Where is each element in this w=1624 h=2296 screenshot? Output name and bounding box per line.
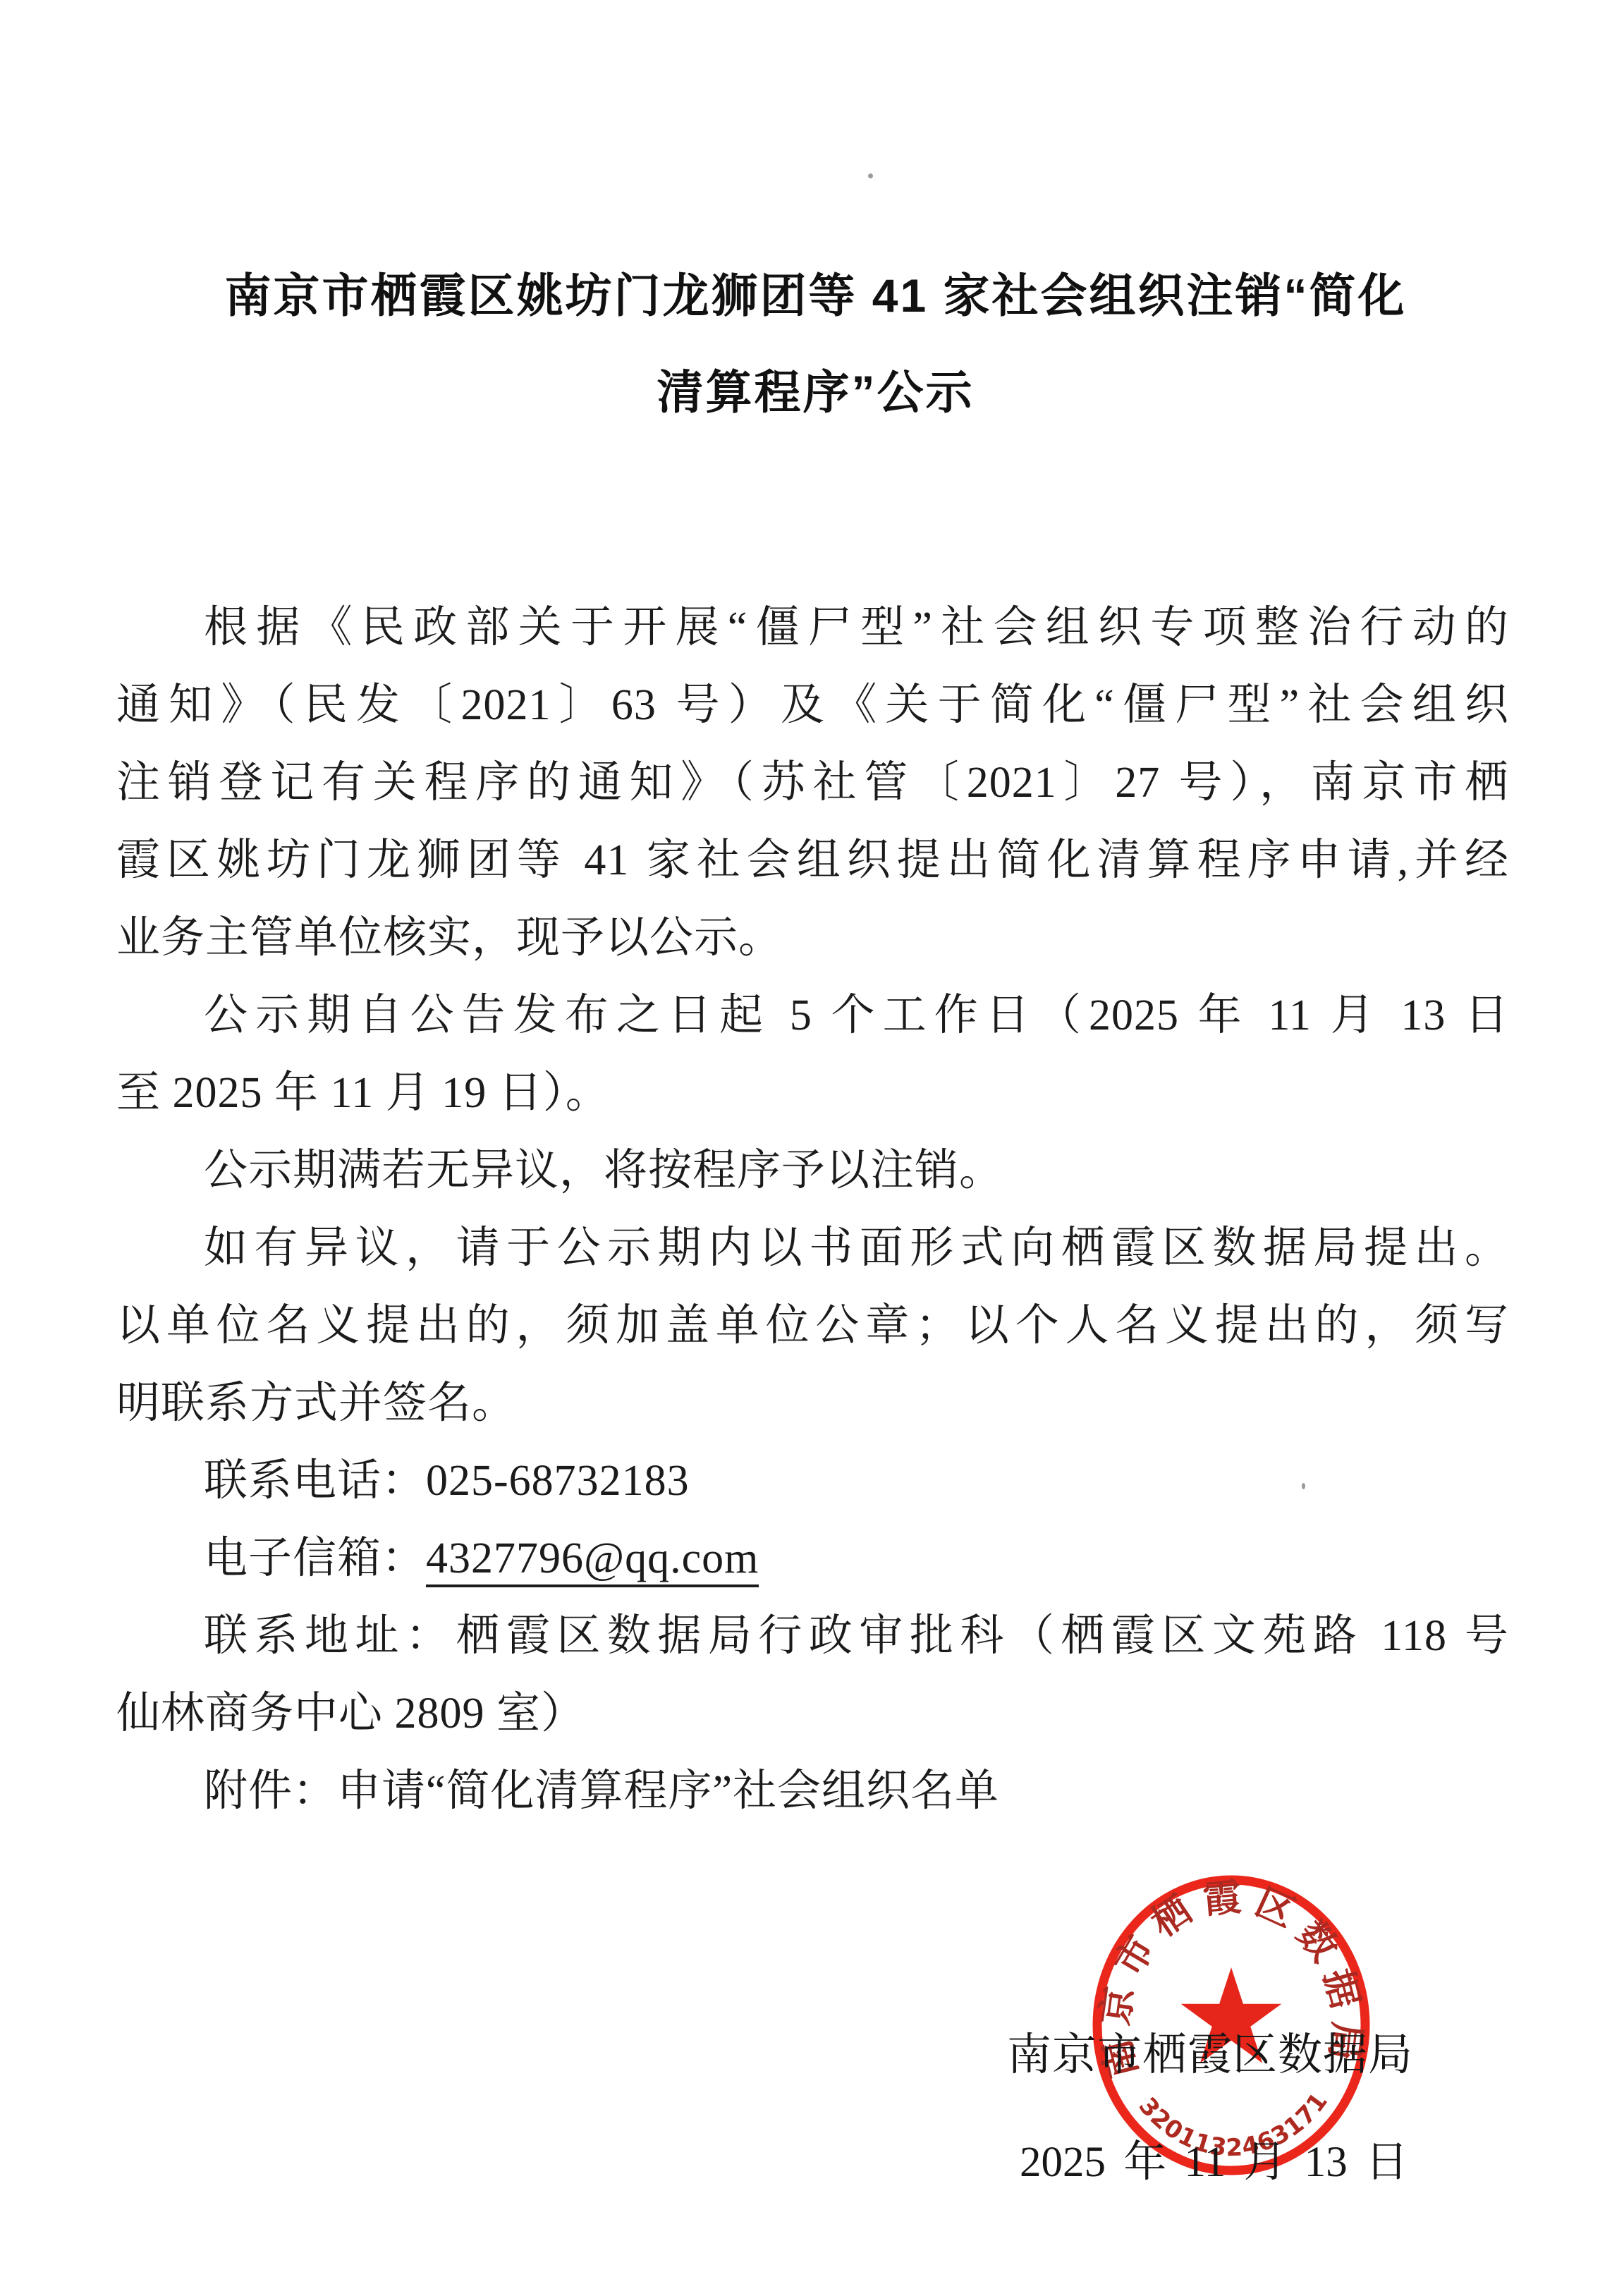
- signature-date: 2025 年 11 月 13 日: [1020, 2137, 1408, 2189]
- body-line: 如有异议，请于公示期内以书面形式向栖霞区数据局提出。: [116, 1209, 1509, 1287]
- contact-address-line: 联系地址：栖霞区数据局行政审批科（栖霞区文苑路 118 号: [116, 1597, 1509, 1675]
- body-line: 明联系方式并签名。: [116, 1364, 1509, 1442]
- title-line-2: 清算程序”公示: [113, 344, 1518, 441]
- title-line-1: 南京市栖霞区姚坊门龙狮团等 41 家社会组织注销“简化: [113, 248, 1518, 344]
- document-page: 南京市栖霞区姚坊门龙狮团等 41 家社会组织注销“简化 清算程序”公示 根据《民…: [0, 0, 1624, 2296]
- document-body: 根据《民政部关于开展“僵尸型”社会组织专项整治行动的 通知》（民发〔2021〕6…: [116, 589, 1509, 1830]
- body-line: 业务主管单位核实，现予以公示。: [116, 899, 1509, 977]
- body-line: 以单位名义提出的，须加盖单位公章；以个人名义提出的，须写: [116, 1287, 1509, 1364]
- scan-speck: [868, 173, 873, 178]
- email-label: 电子信箱：: [204, 1534, 426, 1582]
- body-line: 注销登记有关程序的通知》（苏社管〔2021〕27 号），南京市栖: [116, 744, 1509, 822]
- body-line: 霞区姚坊门龙狮团等 41 家社会组织提出简化清算程序申请,并经: [116, 822, 1509, 899]
- body-line: 至 2025 年 11 月 19 日）。: [116, 1054, 1509, 1132]
- signature-organization: 南京市栖霞区数据局: [1007, 2028, 1413, 2082]
- scan-speck: [1302, 1483, 1305, 1489]
- body-line: 根据《民政部关于开展“僵尸型”社会组织专项整治行动的: [116, 589, 1509, 666]
- attachment-line: 附件：申请“简化清算程序”社会组织名单: [116, 1752, 1509, 1830]
- body-line: 公示期自公告发布之日起 5 个工作日（2025 年 11 月 13 日: [116, 977, 1509, 1054]
- contact-phone-line: 联系电话：025-68732183: [116, 1442, 1509, 1520]
- email-address: 4327796@qq.com: [426, 1534, 759, 1587]
- contact-email-line: 电子信箱：4327796@qq.com: [116, 1520, 1509, 1597]
- contact-address-line-2: 仙林商务中心 2809 室）: [116, 1675, 1509, 1752]
- body-line: 通知》（民发〔2021〕63 号）及《关于简化“僵尸型”社会组织: [116, 666, 1509, 744]
- document-title: 南京市栖霞区姚坊门龙狮团等 41 家社会组织注销“简化 清算程序”公示: [113, 248, 1518, 441]
- body-line: 公示期满若无异议，将按程序予以注销。: [116, 1132, 1509, 1209]
